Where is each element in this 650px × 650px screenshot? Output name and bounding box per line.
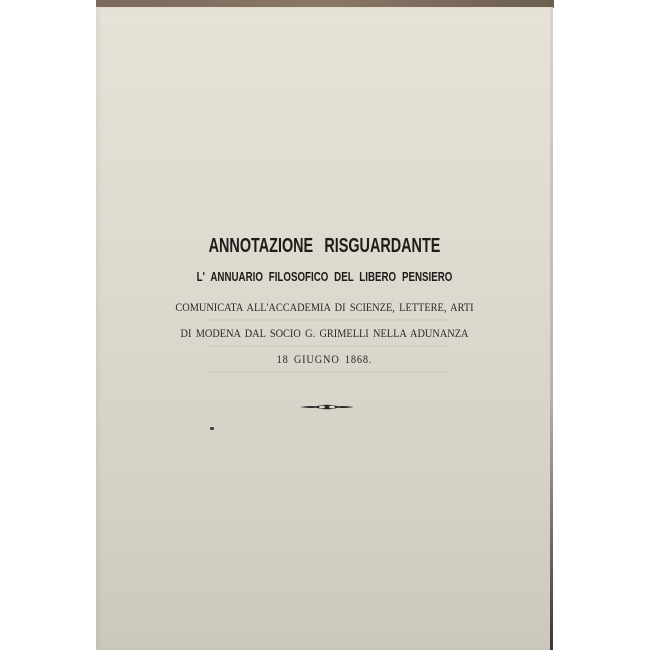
show-through-text (208, 345, 448, 347)
communication-line: COMUNICATA ALL'ACCADEMIA DI SCIENZE, LET… (128, 300, 521, 315)
show-through-text (208, 371, 448, 373)
show-through-text (208, 319, 448, 321)
document-subtitle: L' ANNUARIO FILOSOFICO DEL LIBERO PENSIE… (146, 270, 502, 284)
date-line: 18 GIUGNO 1868. (128, 352, 521, 367)
author-line: DI MODENA DAL SOCIO G. GRIMELLI NELLA AD… (128, 326, 521, 341)
ornament-rule-icon (300, 403, 354, 411)
ink-speck (210, 427, 214, 430)
document-title: ANNOTAZIONE RISGUARDANTE (160, 235, 489, 258)
document-page: ANNOTAZIONE RISGUARDANTE L' ANNUARIO FIL… (96, 7, 553, 650)
page-edge (550, 7, 553, 650)
